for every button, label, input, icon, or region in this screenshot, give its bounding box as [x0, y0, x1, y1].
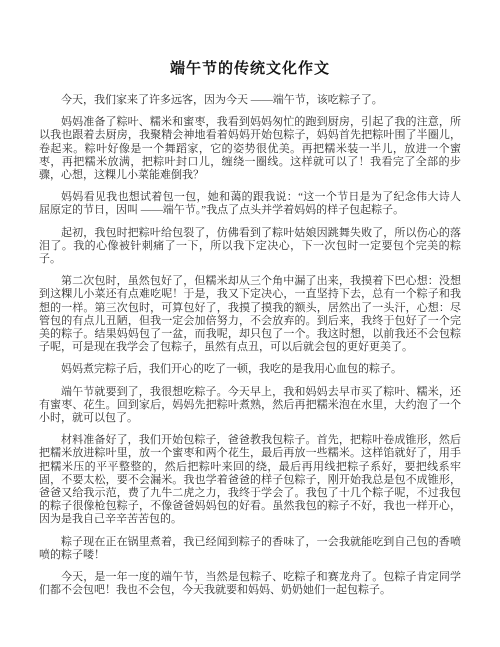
essay-paragraph: 妈妈看见我也想试着包一包，她和蔼的跟我说：“这一个节日是为了纪念伟大诗人屈原定的…: [39, 191, 461, 217]
essay-paragraph: 今天，我们家来了许多远客，因为今天 ——端午节，该吃粽子了。: [39, 94, 461, 107]
essay-paragraph: 粽子现在正在锅里煮着，我已经闻到粽子的香味了，一会我就能吃到自己包的香喷喷的粽子…: [39, 536, 461, 562]
document-page: 端午节的传统文化作文 今天，我们家来了许多远客，因为今天 ——端午节，该吃粽子了…: [0, 0, 500, 647]
essay-title: 端午节的传统文化作文: [39, 57, 461, 78]
essay-paragraph: 端午节就要到了，我很想吃粽子。今天早上，我和妈妈去早市买了粽叶、糯米，还有蜜枣、…: [39, 386, 461, 426]
essay-paragraph: 材料准备好了，我们开始包粽子，爸爸教我包粽子。首先，把粽叶卷成锥形，然后把糯米放…: [39, 434, 461, 526]
essay-paragraph: 妈妈准备了粽叶、糯米和蜜枣，我看到妈妈匆忙的跑到厨房，引起了我的注意，所以我也跟…: [39, 116, 461, 182]
essay-paragraph: 第二次包时，虽然包好了，但糯米却从三个角中漏了出来，我摸着下巴心想：没想到这粿儿…: [39, 275, 461, 354]
essay-paragraph: 妈妈煮完粽子后，我们开心的吃了一顿，我吃的是我用心血包的粽子。: [39, 363, 461, 376]
essay-paragraph: 起初，我包时把粽叶给包裂了，仿佛看到了粽叶姑娘因跳舞失败了，所以伤心的落泪了。我…: [39, 227, 461, 267]
essay-paragraph: 今天，是一年一度的端午节，当然是包粽子、吃粽子和赛龙舟了。包粽子肯定同学们都不会…: [39, 571, 461, 597]
essay-body: 今天，我们家来了许多远客，因为今天 ——端午节，该吃粽子了。妈妈准备了粽叶、糯米…: [39, 94, 461, 598]
